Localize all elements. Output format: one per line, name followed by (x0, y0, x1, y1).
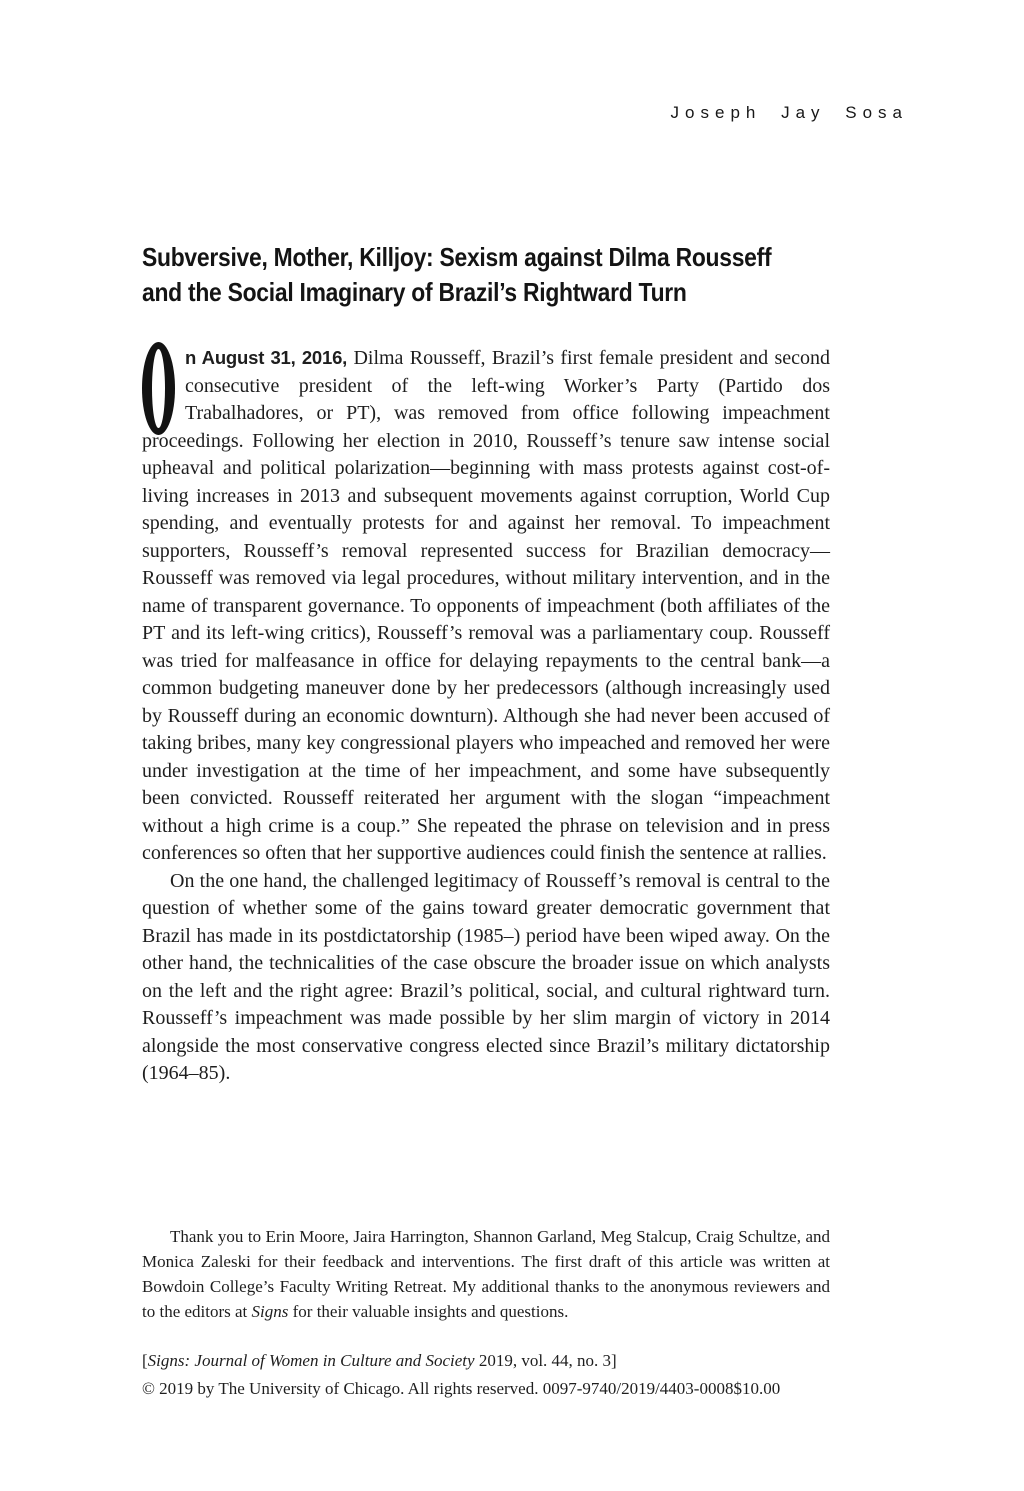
journal-page: Joseph Jay Sosa Subversive, Mother, Kill… (0, 0, 1024, 1491)
copyright-line: © 2019 by The University of Chicago. All… (142, 1375, 862, 1403)
imprint-citation-line: [Signs: Journal of Women in Culture and … (142, 1347, 862, 1375)
acknowledgment-note: Thank you to Erin Moore, Jaira Harringto… (142, 1224, 830, 1324)
dropcap-o-shape (142, 342, 175, 435)
dropcap-text: O (142, 344, 143, 345)
article-title-line-1: Subversive, Mother, Killjoy: Sexism agai… (142, 240, 771, 275)
acknowledgment-text-post: for their valuable insights and question… (288, 1302, 568, 1321)
imprint-volume-info: 2019, vol. 44, no. 3] (475, 1351, 617, 1370)
dropcap-letter: O (142, 344, 185, 426)
imprint-journal-title: Signs: Journal of Women in Culture and S… (148, 1351, 475, 1370)
lead-paragraph: O n August 31, 2016, Dilma Rousseff, Bra… (142, 344, 830, 868)
article-title: Subversive, Mother, Killjoy: Sexism agai… (142, 240, 771, 310)
lead-bold-date: n August 31, 2016, (185, 347, 347, 368)
acknowledgment-journal-name: Signs (252, 1302, 289, 1321)
article-title-line-2: and the Social Imaginary of Brazil’s Rig… (142, 275, 771, 310)
author-byline: Joseph Jay Sosa (671, 103, 908, 123)
lead-paragraph-text: Dilma Rousseff, Brazil’s first female pr… (142, 347, 830, 864)
article-body: O n August 31, 2016, Dilma Rousseff, Bra… (142, 344, 830, 1088)
journal-imprint: [Signs: Journal of Women in Culture and … (142, 1347, 862, 1402)
body-paragraph-2: On the one hand, the challenged legitima… (142, 868, 830, 1088)
